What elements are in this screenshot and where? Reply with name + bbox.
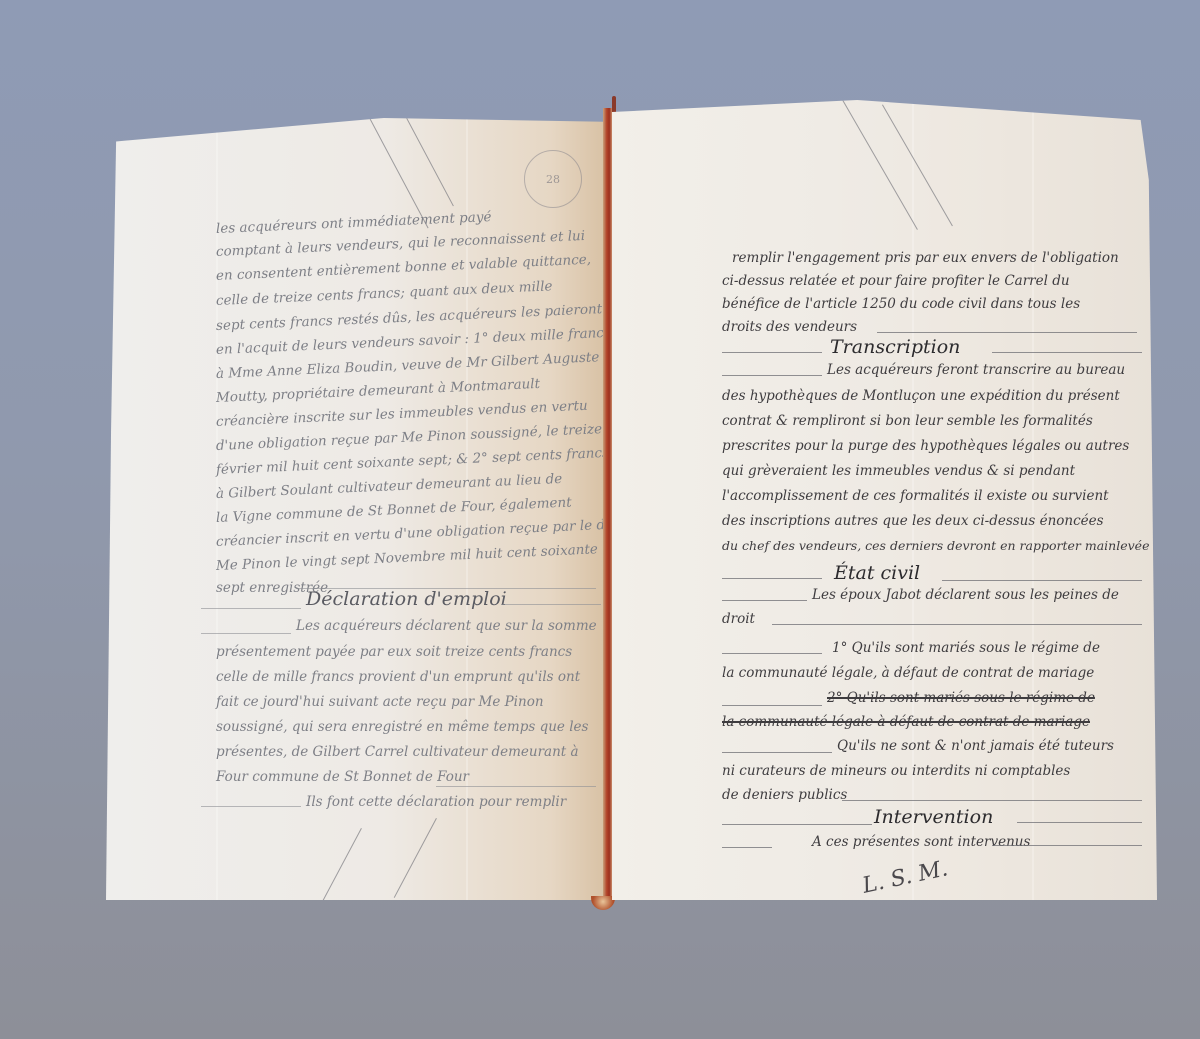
ruled-line <box>722 352 822 353</box>
handwritten-line: Les époux Jabot déclarent sous les peine… <box>812 587 1119 603</box>
margin-diagonal-line <box>406 118 454 206</box>
official-stamp: 28 <box>524 150 582 208</box>
ruled-line <box>722 375 822 376</box>
signature: L. S. M. <box>860 856 950 898</box>
handwritten-line: Les acquéreurs déclarent que sur la somm… <box>296 618 597 634</box>
handwritten-line: la communauté légale, à défaut de contra… <box>722 665 1094 681</box>
handwritten-line: Ils font cette déclaration pour remplir <box>306 794 566 810</box>
ruled-line <box>501 604 601 605</box>
handwritten-line: celle de treize cents francs; quant aux … <box>216 278 553 309</box>
ruled-line <box>772 624 1142 625</box>
handwritten-line: A ces présentes sont intervenus <box>812 834 1030 850</box>
section-heading-etat-civil: État civil <box>834 562 920 584</box>
margin-diagonal-line <box>842 100 918 230</box>
struck-out-line: 2° Qu'ils sont mariés sous le régime de <box>827 690 1095 706</box>
ruled-line <box>436 786 596 787</box>
margin-diagonal-line <box>882 105 953 227</box>
margin-diagonal-line <box>394 818 437 898</box>
handwritten-line: remplir l'engagement pris par eux envers… <box>732 250 1119 266</box>
handwritten-line: Four commune de St Bonnet de Four <box>216 769 469 785</box>
binding-spine <box>603 108 612 906</box>
open-document: les acquéreurs ont immédiatement payé co… <box>0 0 1200 1039</box>
ruled-line <box>722 653 822 654</box>
handwritten-line: l'accomplissement de ces formalités il e… <box>722 488 1109 504</box>
ruled-line <box>201 806 301 807</box>
handwritten-line: fait ce jourd'hui suivant acte reçu par … <box>216 694 544 710</box>
handwritten-line: des inscriptions autres que les deux ci-… <box>722 513 1104 529</box>
handwritten-line: ni curateurs de mineurs ou interdits ni … <box>722 763 1070 779</box>
section-heading-intervention: Intervention <box>874 806 993 828</box>
margin-diagonal-line <box>319 828 362 900</box>
section-heading-declaration: Déclaration d'emploi <box>306 588 507 610</box>
left-page: les acquéreurs ont immédiatement payé co… <box>106 118 611 900</box>
handwritten-line: ci-dessus relatée et pour faire profiter… <box>722 273 1070 289</box>
ruled-line <box>1017 822 1142 823</box>
struck-out-line: la communauté légale à défaut de contrat… <box>722 714 1090 730</box>
ruled-line <box>722 752 832 753</box>
ruled-line <box>722 705 822 706</box>
handwritten-line: bénéfice de l'article 1250 du code civil… <box>722 296 1080 312</box>
handwritten-line: présentes, de Gilbert Carrel cultivateur… <box>216 744 579 760</box>
ruled-line <box>722 824 872 825</box>
handwritten-line: droits des vendeurs <box>722 319 857 335</box>
bookmark-ribbon-tip <box>591 896 615 910</box>
section-heading-transcription: Transcription <box>830 336 960 358</box>
handwritten-line: du chef des vendeurs, ces derniers devro… <box>722 538 1149 553</box>
ruled-line <box>201 608 301 609</box>
handwritten-line: celle de mille francs provient d'un empr… <box>216 669 580 685</box>
ruled-line <box>992 845 1142 846</box>
right-page: remplir l'engagement pris par eux envers… <box>612 100 1157 900</box>
handwritten-line: soussigné, qui sera enregistré en même t… <box>216 719 588 735</box>
ruled-line <box>992 352 1142 353</box>
handwritten-line: droit <box>722 611 755 627</box>
handwritten-line: Qu'ils ne sont & n'ont jamais été tuteur… <box>837 738 1114 754</box>
handwritten-line: 1° Qu'ils sont mariés sous le régime de <box>832 640 1100 656</box>
ruled-line <box>722 578 822 579</box>
ruled-line <box>722 600 807 601</box>
handwritten-line: Les acquéreurs feront transcrire au bure… <box>827 362 1125 378</box>
handwritten-line: présentement payée par eux soit treize c… <box>216 644 572 660</box>
ruled-line <box>942 580 1142 581</box>
handwritten-line: contrat & rempliront si bon leur semble … <box>722 413 1093 429</box>
ruled-line <box>877 332 1137 333</box>
ruled-line <box>201 633 291 634</box>
handwritten-line: prescrites pour la purge des hypothèques… <box>722 438 1129 454</box>
handwritten-line: qui grèveraient les immeubles vendus & s… <box>722 463 1075 479</box>
handwritten-line: des hypothèques de Montluçon une expédit… <box>722 388 1120 404</box>
ruled-line <box>722 847 772 848</box>
ruled-line <box>842 800 1142 801</box>
handwritten-line: de deniers publics <box>722 787 847 803</box>
